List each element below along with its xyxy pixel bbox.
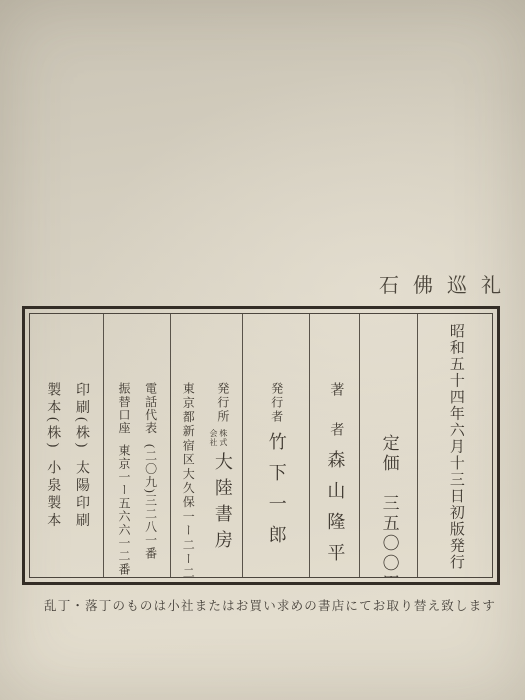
publisher-line: 発行者竹下一郎 bbox=[267, 382, 286, 556]
price-label: 定価 bbox=[380, 434, 399, 474]
printing-label: 印刷(株) bbox=[74, 382, 89, 451]
price-line: 定価三五〇〇円 bbox=[380, 434, 398, 577]
book-title: 石佛巡礼 bbox=[379, 269, 515, 298]
author-line: 著 者森山隆平 bbox=[325, 382, 344, 574]
publishing-house-address: 東京都新宿区大久保一ー二ー二〇 bbox=[182, 382, 195, 577]
company-type-part2: 会社 bbox=[208, 429, 217, 447]
author-cell: 著 者森山隆平 bbox=[309, 314, 359, 577]
binding-line: 製本(株)小泉製本 bbox=[45, 382, 60, 530]
company-type-part1: 株式 bbox=[218, 429, 227, 447]
colophon-page: 石佛巡礼 印刷(株)太陽印刷 製本(株)小泉製本 電話代表(二〇九)三二八一番 … bbox=[0, 0, 525, 700]
printing-line: 印刷(株)太陽印刷 bbox=[73, 382, 88, 530]
author-label: 著 者 bbox=[328, 382, 343, 442]
publisher-label: 発行者 bbox=[270, 382, 284, 424]
publishing-house-label: 発行所 bbox=[216, 382, 230, 424]
publishing-house-name: 大陸書房 bbox=[213, 452, 232, 556]
binding-company: 小泉製本 bbox=[45, 460, 60, 530]
binding-label: 製本(株) bbox=[45, 382, 60, 451]
phone-label: 電話代表 bbox=[144, 382, 158, 435]
transfer-account-line: 振替口座東京一ー五六六一二番 bbox=[117, 382, 130, 576]
publishing-house-line: 発行所株式会社大陸書房 bbox=[208, 382, 232, 556]
publisher-name: 竹下一郎 bbox=[267, 432, 286, 556]
edition-statement: 昭和五十四年六月十三日初版発行 bbox=[447, 323, 463, 571]
transfer-account-label: 振替口座 bbox=[117, 382, 131, 435]
edition-cell: 昭和五十四年六月十三日初版発行 bbox=[417, 314, 492, 577]
transfer-account-number: 東京一ー五六六一二番 bbox=[117, 444, 130, 576]
replacement-notice: 乱丁・落丁のものは小社またはお買い求めの書店にてお取り替え致します bbox=[44, 596, 496, 614]
contacts-cell: 電話代表(二〇九)三二八一番 振替口座東京一ー五六六一二番 bbox=[103, 314, 171, 577]
colophon-box-inner: 印刷(株)太陽印刷 製本(株)小泉製本 電話代表(二〇九)三二八一番 振替口座東… bbox=[29, 313, 493, 578]
price-cell: 定価三五〇〇円 bbox=[359, 314, 417, 577]
publisher-cell: 発行者竹下一郎 bbox=[242, 314, 309, 577]
company-type-warichu: 株式会社 bbox=[208, 429, 227, 447]
colophon-box: 印刷(株)太陽印刷 製本(株)小泉製本 電話代表(二〇九)三二八一番 振替口座東… bbox=[22, 306, 500, 585]
author-name: 森山隆平 bbox=[325, 450, 344, 574]
price-value: 三五〇〇円 bbox=[380, 494, 398, 577]
printing-company: 太陽印刷 bbox=[73, 460, 88, 530]
production-cell: 印刷(株)太陽印刷 製本(株)小泉製本 bbox=[30, 314, 103, 577]
publishing-house-cell: 発行所株式会社大陸書房 東京都新宿区大久保一ー二ー二〇 bbox=[170, 314, 242, 577]
phone-number: (二〇九)三二八一番 bbox=[144, 444, 157, 560]
phone-line: 電話代表(二〇九)三二八一番 bbox=[144, 382, 157, 560]
